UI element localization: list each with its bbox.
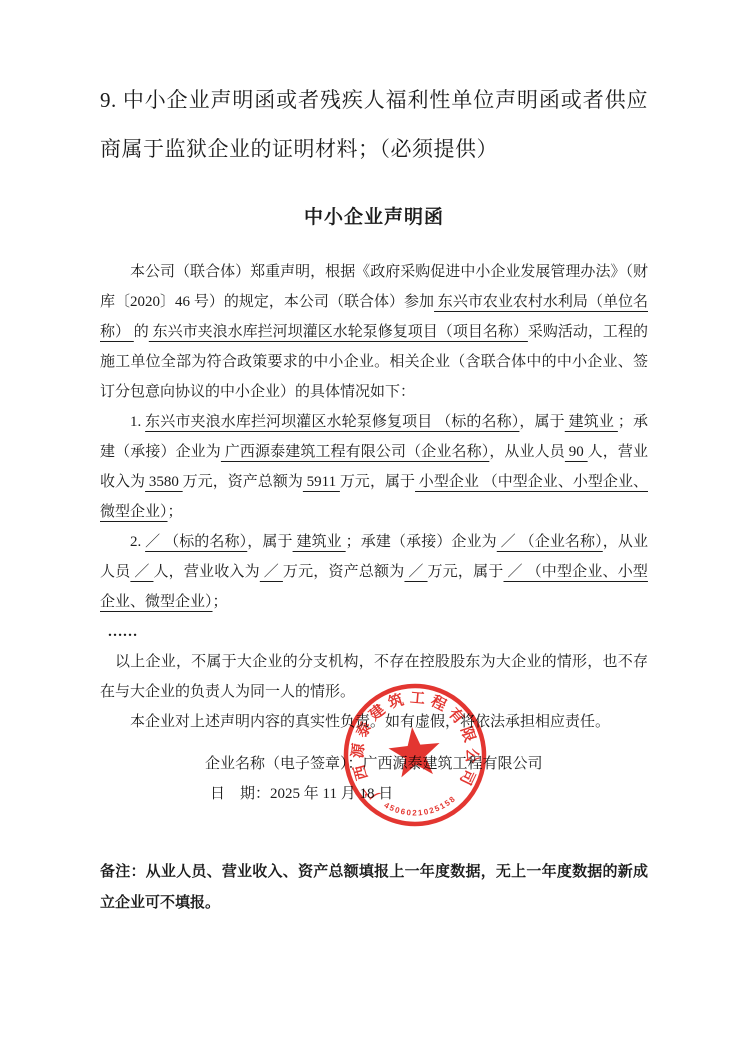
filled-blank: ／ （企业名称） [497, 534, 603, 550]
filled-blank: 建筑业 [293, 534, 346, 550]
filled-blank: 5911 [303, 474, 340, 490]
filled-blank: ／ [260, 564, 283, 580]
filled-blank: ／ [130, 564, 153, 580]
company-seal-stamp: 广西源泰建筑工程有限公司 4506021025158 [322, 662, 509, 849]
document-body: 本公司（联合体）郑重声明，根据《政府采购促进中小企业发展管理办法》（财库〔202… [100, 257, 648, 737]
text-run: 的 [134, 324, 149, 340]
body-paragraph: 1. 东兴市夹浪水库拦河坝灌区水轮泵修复项目 （标的名称），属于 建筑业 ；承建… [100, 407, 648, 527]
text-run: ； [213, 594, 228, 610]
text-run: 人，营业收入为 [153, 564, 259, 580]
text-run: …… [108, 624, 138, 640]
text-run: 万元，属于 [340, 474, 415, 490]
body-paragraph: 2. ／ （标的名称），属于 建筑业 ；承建（承接）企业为 ／ （企业名称），从… [100, 527, 648, 617]
body-paragraph: 本公司（联合体）郑重声明，根据《政府采购促进中小企业发展管理办法》（财库〔202… [100, 257, 648, 407]
text-run: ；承建（承接）企业为 [346, 534, 497, 550]
document-page: 9. 中小企业声明函或者残疾人福利性单位声明函或者供应商属于监狱企业的证明材料；… [0, 0, 744, 1052]
filled-blank: 东兴市夹浪水库拦河坝灌区水轮泵修复项目（项目名称） [149, 324, 528, 340]
filled-blank: 广西源泰建筑工程有限公司（企业名称） [221, 444, 489, 460]
filled-blank: 90 [565, 444, 588, 460]
text-run: ，属于 [519, 414, 564, 430]
section-heading: 9. 中小企业声明函或者残疾人福利性单位声明函或者供应商属于监狱企业的证明材料；… [100, 76, 648, 174]
filled-blank: ／ [404, 564, 427, 580]
text-run: 万元，资产总额为 [183, 474, 303, 490]
text-run: ，从业人员 [489, 444, 565, 460]
filled-blank: ／ （标的名称） [145, 534, 247, 550]
text-run: ，属于 [247, 534, 292, 550]
footer-note: 备注：从业人员、营业收入、资产总额填报上一年度数据，无上一年度数据的新成立企业可… [100, 857, 648, 919]
text-run: ； [168, 504, 183, 520]
document-title: 中小企业声明函 [100, 202, 648, 229]
text-run: 万元，资产总额为 [283, 564, 405, 580]
filled-blank: 东兴市夹浪水库拦河坝灌区水轮泵修复项目 （标的名称） [145, 414, 519, 430]
star-icon [387, 724, 443, 778]
body-paragraph: …… [100, 617, 648, 647]
text-run: 2. [130, 534, 145, 550]
filled-blank: 建筑业 [565, 414, 618, 430]
text-run: 万元，属于 [428, 564, 504, 580]
filled-blank: 3580 [145, 474, 183, 490]
text-run: 1. [130, 414, 145, 430]
